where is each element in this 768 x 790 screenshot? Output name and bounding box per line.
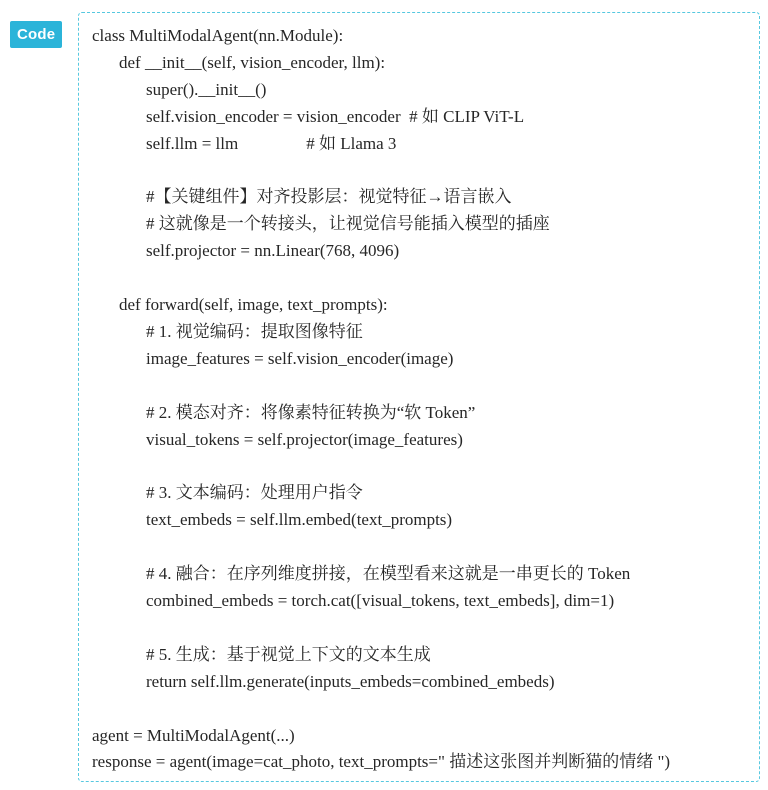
code-line: # 这就像是一个转接头，让视觉信号能插入模型的插座: [92, 211, 749, 238]
code-line-blank: [92, 454, 749, 481]
code-line: text_embeds = self.llm.embed(text_prompt…: [92, 507, 749, 534]
code-line-blank: [92, 373, 749, 400]
code-line: def forward(self, image, text_prompts):: [92, 292, 749, 319]
code-line: # 3. 文本编码：处理用户指令: [92, 480, 749, 507]
code-line: self.llm = llm # 如 Llama 3: [92, 131, 749, 158]
code-line: response = agent(image=cat_photo, text_p…: [92, 749, 749, 776]
code-line: self.projector = nn.Linear(768, 4096): [92, 238, 749, 265]
code-line-blank: [92, 696, 749, 723]
code-line: return self.llm.generate(inputs_embeds=c…: [92, 669, 749, 696]
code-line-blank: [92, 265, 749, 292]
code-line: combined_embeds = torch.cat([visual_toke…: [92, 588, 749, 615]
code-line: visual_tokens = self.projector(image_fea…: [92, 427, 749, 454]
code-line: # 1. 视觉编码：提取图像特征: [92, 319, 749, 346]
code-line-blank: [92, 615, 749, 642]
code-badge-label: Code: [17, 26, 55, 43]
code-lines: class MultiModalAgent(nn.Module):def __i…: [92, 23, 749, 776]
page: Code class MultiModalAgent(nn.Module):de…: [0, 0, 768, 790]
code-line: def __init__(self, vision_encoder, llm):: [92, 50, 749, 77]
code-line: class MultiModalAgent(nn.Module):: [92, 23, 749, 50]
code-line-blank: [92, 534, 749, 561]
code-badge: Code: [10, 21, 62, 48]
code-line-blank: [92, 158, 749, 185]
code-line: self.vision_encoder = vision_encoder # 如…: [92, 104, 749, 131]
code-line: # 2. 模态对齐：将像素特征转换为“软 Token”: [92, 400, 749, 427]
code-line: image_features = self.vision_encoder(ima…: [92, 346, 749, 373]
code-line: # 4. 融合：在序列维度拼接，在模型看来这就是一串更长的 Token: [92, 561, 749, 588]
code-line: #【关键组件】对齐投影层：视觉特征→语言嵌入: [92, 184, 749, 211]
code-block: class MultiModalAgent(nn.Module):def __i…: [78, 12, 760, 782]
code-line: # 5. 生成：基于视觉上下文的文本生成: [92, 642, 749, 669]
code-line: agent = MultiModalAgent(...): [92, 723, 749, 750]
code-line: super().__init__(): [92, 77, 749, 104]
